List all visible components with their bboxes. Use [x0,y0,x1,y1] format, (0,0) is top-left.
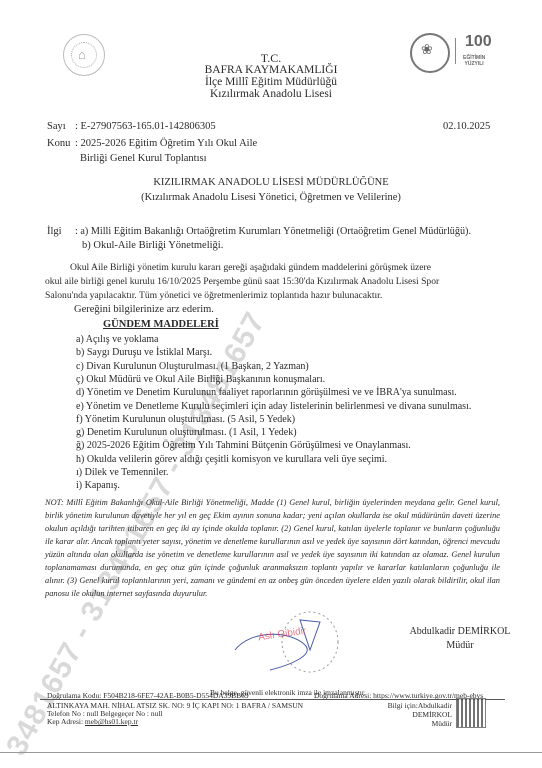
header-kaymakamlik: BAFRA KAYMAKAMLIĞI [0,64,542,76]
body-line3: Salonu'nda yapılacaktır. Tüm yönetici ve… [45,290,382,301]
contact-line3: Müdür [372,719,452,728]
kep-address: Kep Adresi: meb@hs01.kep.tr [47,717,138,726]
agenda-item: h) Okulda velilerin görev aldığı çeşitli… [76,454,387,465]
flower-emblem-icon: ❀ [421,42,433,59]
agenda-item: a) Açılış ve yoklama [76,334,158,345]
centennial-logo-text: EĞİTİMİN YÜZYILI [463,55,485,67]
centennial-line2: YÜZYILI [463,61,485,67]
school-logo: ❀ [410,33,450,73]
agenda-item: g) Denetim Kurulunun oluşturulması. (1 A… [76,427,297,438]
kep-link[interactable]: meb@hs01.kep.tr [85,717,138,726]
agenda-item: i) Kapanış. [76,480,120,491]
header-tc: T.C. [0,52,542,64]
agenda-item: ğ) 2025-2026 Eğitim Öğretim Yılı Tahmini… [76,440,411,451]
header-school: Kızılırmak Anadolu Lisesi [0,88,542,100]
contact-info: Bilgi için:Abdulkadir DEMİRKOL Müdür [372,701,452,728]
body-line1: Okul Aile Birliği yönetim kurulu kararı … [70,262,431,273]
agenda-item: b) Saygı Duruşu ve İstiklal Marşı. [76,347,212,358]
addressee-subtitle: (Kızılırmak Anadolu Lisesi Yönetici, Öğr… [0,192,542,203]
konu-line1: : 2025-2026 Eğitim Öğretim Yılı Okul Ail… [75,138,257,149]
document-page: 3481657 - 313481657 - 313481657 ⌂ T.C. B… [0,0,542,768]
page-edge [0,752,542,753]
qr-code-icon [456,698,486,728]
ilgi-label: İlgi [47,226,62,237]
agenda-item: ı) Dilek ve Temenniler. [76,467,168,478]
logo-divider [455,38,456,64]
body-line2: okul aile birliği genel kurulu 16/10/202… [45,276,439,287]
contact-line2: DEMİRKOL [372,710,452,719]
ilgi-b: b) Okul-Aile Birliği Yönetmeliği. [82,240,223,251]
sayi-label: Sayı [47,121,66,132]
kep-label: Kep Adresi: [47,717,85,726]
header-mudurluk: İlçe Millî Eğitim Müdürlüğü [0,76,542,88]
agenda-title: GÜNDEM MADDELERİ [103,319,219,330]
signer-name: Abdulkadir DEMİRKOL [390,625,530,639]
letterhead: T.C. BAFRA KAYMAKAMLIĞI İlçe Millî Eğiti… [0,52,542,100]
signature-block: Abdulkadir DEMİRKOL Müdür [390,625,530,653]
document-date: 02.10.2025 [443,121,490,132]
centennial-logo-number: 100 [465,33,492,51]
signature-stamp [230,610,340,680]
konu-line2: Birliği Genel Kurul Toplantısı [80,153,207,164]
agenda-item: f) Yönetim Kurulunun oluşturulması. (5 A… [76,414,295,425]
signer-title: Müdür [390,639,530,653]
body-closing: Gereğini bilgilerinize arz ederim. [74,304,214,315]
agenda-item: e) Yönetim ve Denetleme Kurulu seçimleri… [76,401,471,412]
konu-label: Konu [47,138,70,149]
agenda-item: ç) Okul Müdürü ve Okul Aile Birliği Başk… [76,374,325,385]
regulation-note: NOT: Millî Eğitim Bakanlığı Okul-Aile Bi… [45,496,500,600]
sayi-value: : E-27907563-165.01-142806305 [75,121,216,132]
agenda-item: d) Yönetim ve Denetim Kurulunun faaliyet… [76,387,457,398]
contact-line1: Bilgi için:Abdulkadir [372,701,452,710]
ilgi-a: : a) Milli Eğitim Bakanlığı Ortaöğretim … [75,226,471,237]
agenda-item: c) Divan Kurulunun Oluşturulması. (1 Baş… [76,361,309,372]
footer-divider [40,699,505,700]
addressee-title: KIZILIRMAK ANADOLU LİSESİ MÜDÜRLÜĞÜNE [0,177,542,188]
